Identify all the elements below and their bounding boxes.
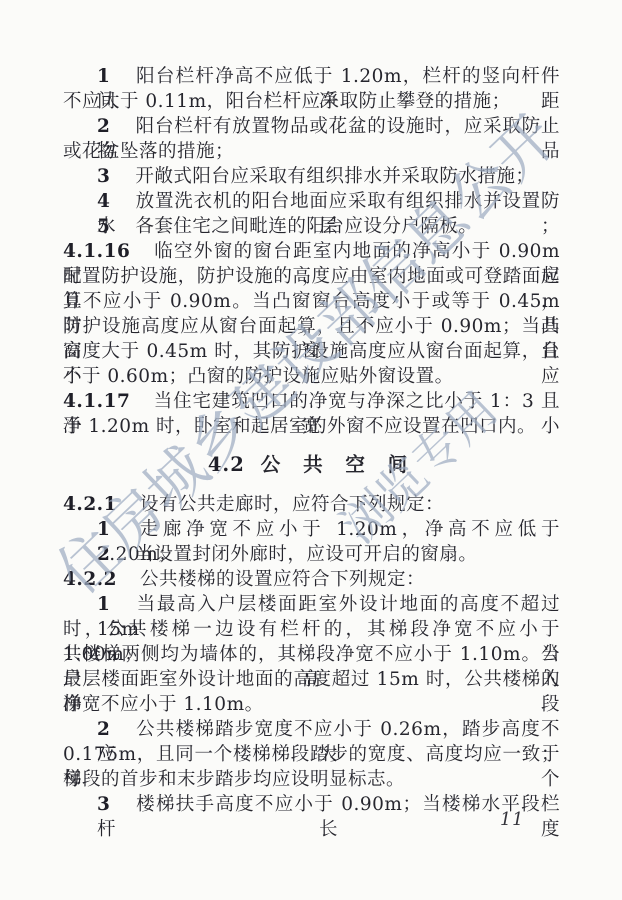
line-number: 2: [97, 544, 110, 565]
line-number: 4.2.2: [63, 569, 117, 590]
text-line: 0.175m，且同一个楼梯梯段踏步的宽度、高度均应一致；每个: [63, 742, 560, 767]
line-number: 2: [97, 116, 110, 137]
line-text: 净宽不应小于 1.10m。: [63, 694, 264, 715]
line-number: 4.2.1: [63, 494, 117, 515]
page-number: 11: [500, 810, 524, 830]
body-text: 1阳台栏杆净高不应低于 1.20m，栏杆的竖向杆件间净距 不应大于 0.11m，…: [63, 64, 560, 817]
text-line: 2当设置封闭外廊时，应设可开启的窗扇。: [63, 542, 560, 567]
text-line: 共楼梯两侧均为墙体的，其梯段净宽不应小于 1.10m。当最高入: [63, 642, 560, 667]
text-line: 1走廊净宽不应小于 1.20m，净高不应低于 2.20m；: [63, 517, 560, 542]
text-line: 2阳台栏杆有放置物品或花盆的设施时，应采取防止物品: [63, 114, 560, 139]
document-page: 1阳台栏杆净高不应低于 1.20m，栏杆的竖向杆件间净距 不应大于 0.11m，…: [0, 0, 622, 900]
line-number: 4.1.17: [63, 391, 130, 412]
line-number: 2: [97, 719, 110, 740]
text-line: 4.2.2公共楼梯的设置应符合下列规定：: [63, 567, 560, 592]
text-line: 配置防护设施，防护设施的高度应由室内地面或可登踏面起算，: [63, 264, 560, 289]
text-line: 于 1.20m 时，卧室和起居室的外窗不应设置在凹口内。: [63, 414, 560, 439]
line-text: 各套住宅之间毗连的阳台应设分户隔板。: [135, 216, 477, 237]
text-line: 户层楼面距室外设计地面的高度超过 15m 时，公共楼梯的梯段: [63, 667, 560, 692]
line-number: 3: [97, 166, 110, 187]
text-line: 4.2公 共 空 间: [63, 452, 560, 477]
text-line: 小于 0.60m；凸窗的防护设施应贴外窗设置。: [63, 364, 560, 389]
line-text: 公共楼梯的设置应符合下列规定：: [140, 569, 425, 590]
line-number: 1: [97, 594, 110, 615]
text-line: 1阳台栏杆净高不应低于 1.20m，栏杆的竖向杆件间净距: [63, 64, 560, 89]
text-line: 梯段的首步和末步踏步均应设明显标志。: [63, 767, 560, 792]
line-number: 3: [97, 794, 110, 815]
text-line: 2公共楼梯踏步宽度不应小于 0.26m，踏步高度不应大于: [63, 717, 560, 742]
line-number: 1: [97, 66, 110, 87]
text-line: 4放置洗衣机的阳台地面应采取有组织排水并设置防水层；: [63, 189, 560, 214]
text-line: 3开敞式阳台应采取有组织排水并采取防水措施；: [63, 164, 560, 189]
line-number: 5: [97, 216, 110, 237]
text-line: 4.1.16临空外窗的窗台距室内地面的净高小于 0.90m 时，应: [63, 239, 560, 264]
text-line: 1当最高入户层楼面距室外设计地面的高度不超过 15m: [63, 592, 560, 617]
line-number: 4.2: [208, 453, 245, 476]
text-line: 3楼梯扶手高度不应小于 0.90m；当楼梯水平段栏杆长度: [63, 792, 560, 817]
text-line: 不应大于 0.11m，阳台栏杆应采取防止攀登的措施；: [63, 89, 560, 114]
line-text: 设有公共走廊时，应符合下列规定：: [140, 494, 444, 515]
line-text: 开敞式阳台应采取有组织排水并采取防水措施；: [135, 166, 534, 187]
text-line: 4.2.1设有公共走廊时，应符合下列规定：: [63, 492, 560, 517]
line-number: 4.1.16: [63, 241, 130, 262]
text-line: 净宽不应小于 1.10m。: [63, 692, 560, 717]
text-line: 4.1.17当住宅建筑凹口的净宽与净深之比小于 1：3 且净宽小: [63, 389, 560, 414]
line-text: 小于 0.60m；凸窗的防护设施应贴外窗设置。: [63, 366, 454, 387]
line-text: 楼梯扶手高度不应小于 0.90m；当楼梯水平段栏杆长度: [97, 794, 560, 840]
line-text: 不应大于 0.11m，阳台栏杆应采取防止攀登的措施；: [63, 91, 511, 112]
line-text: 或花盆坠落的措施；: [63, 141, 234, 162]
line-text: 当设置封闭外廊时，应设可开启的窗扇。: [135, 544, 477, 565]
text-line: 或花盆坠落的措施；: [63, 139, 560, 164]
line-number: 1: [97, 519, 110, 540]
text-line: 高度大于 0.45m 时，其防护设施高度应从窗台面起算，且不应: [63, 339, 560, 364]
text-line: 防护设施高度应从窗台面起算，且不应小于 0.90m；当凸窗窗台: [63, 314, 560, 339]
line-text: 公 共 空 间: [261, 453, 415, 476]
line-text: 于 1.20m 时，卧室和起居室的外窗不应设置在凹口内。: [63, 416, 536, 437]
text-line: 且不应小于 0.90m。当凸窗窗台高度小于或等于 0.45m 时，其: [63, 289, 560, 314]
line-number: 4: [97, 191, 110, 212]
line-text: 梯段的首步和末步踏步均应设明显标志。: [63, 769, 405, 790]
text-line: 时，公共楼梯一边设有栏杆的，其梯段净宽不应小于 1.00m；公: [63, 617, 560, 642]
text-line: 5各套住宅之间毗连的阳台应设分户隔板。: [63, 214, 560, 239]
